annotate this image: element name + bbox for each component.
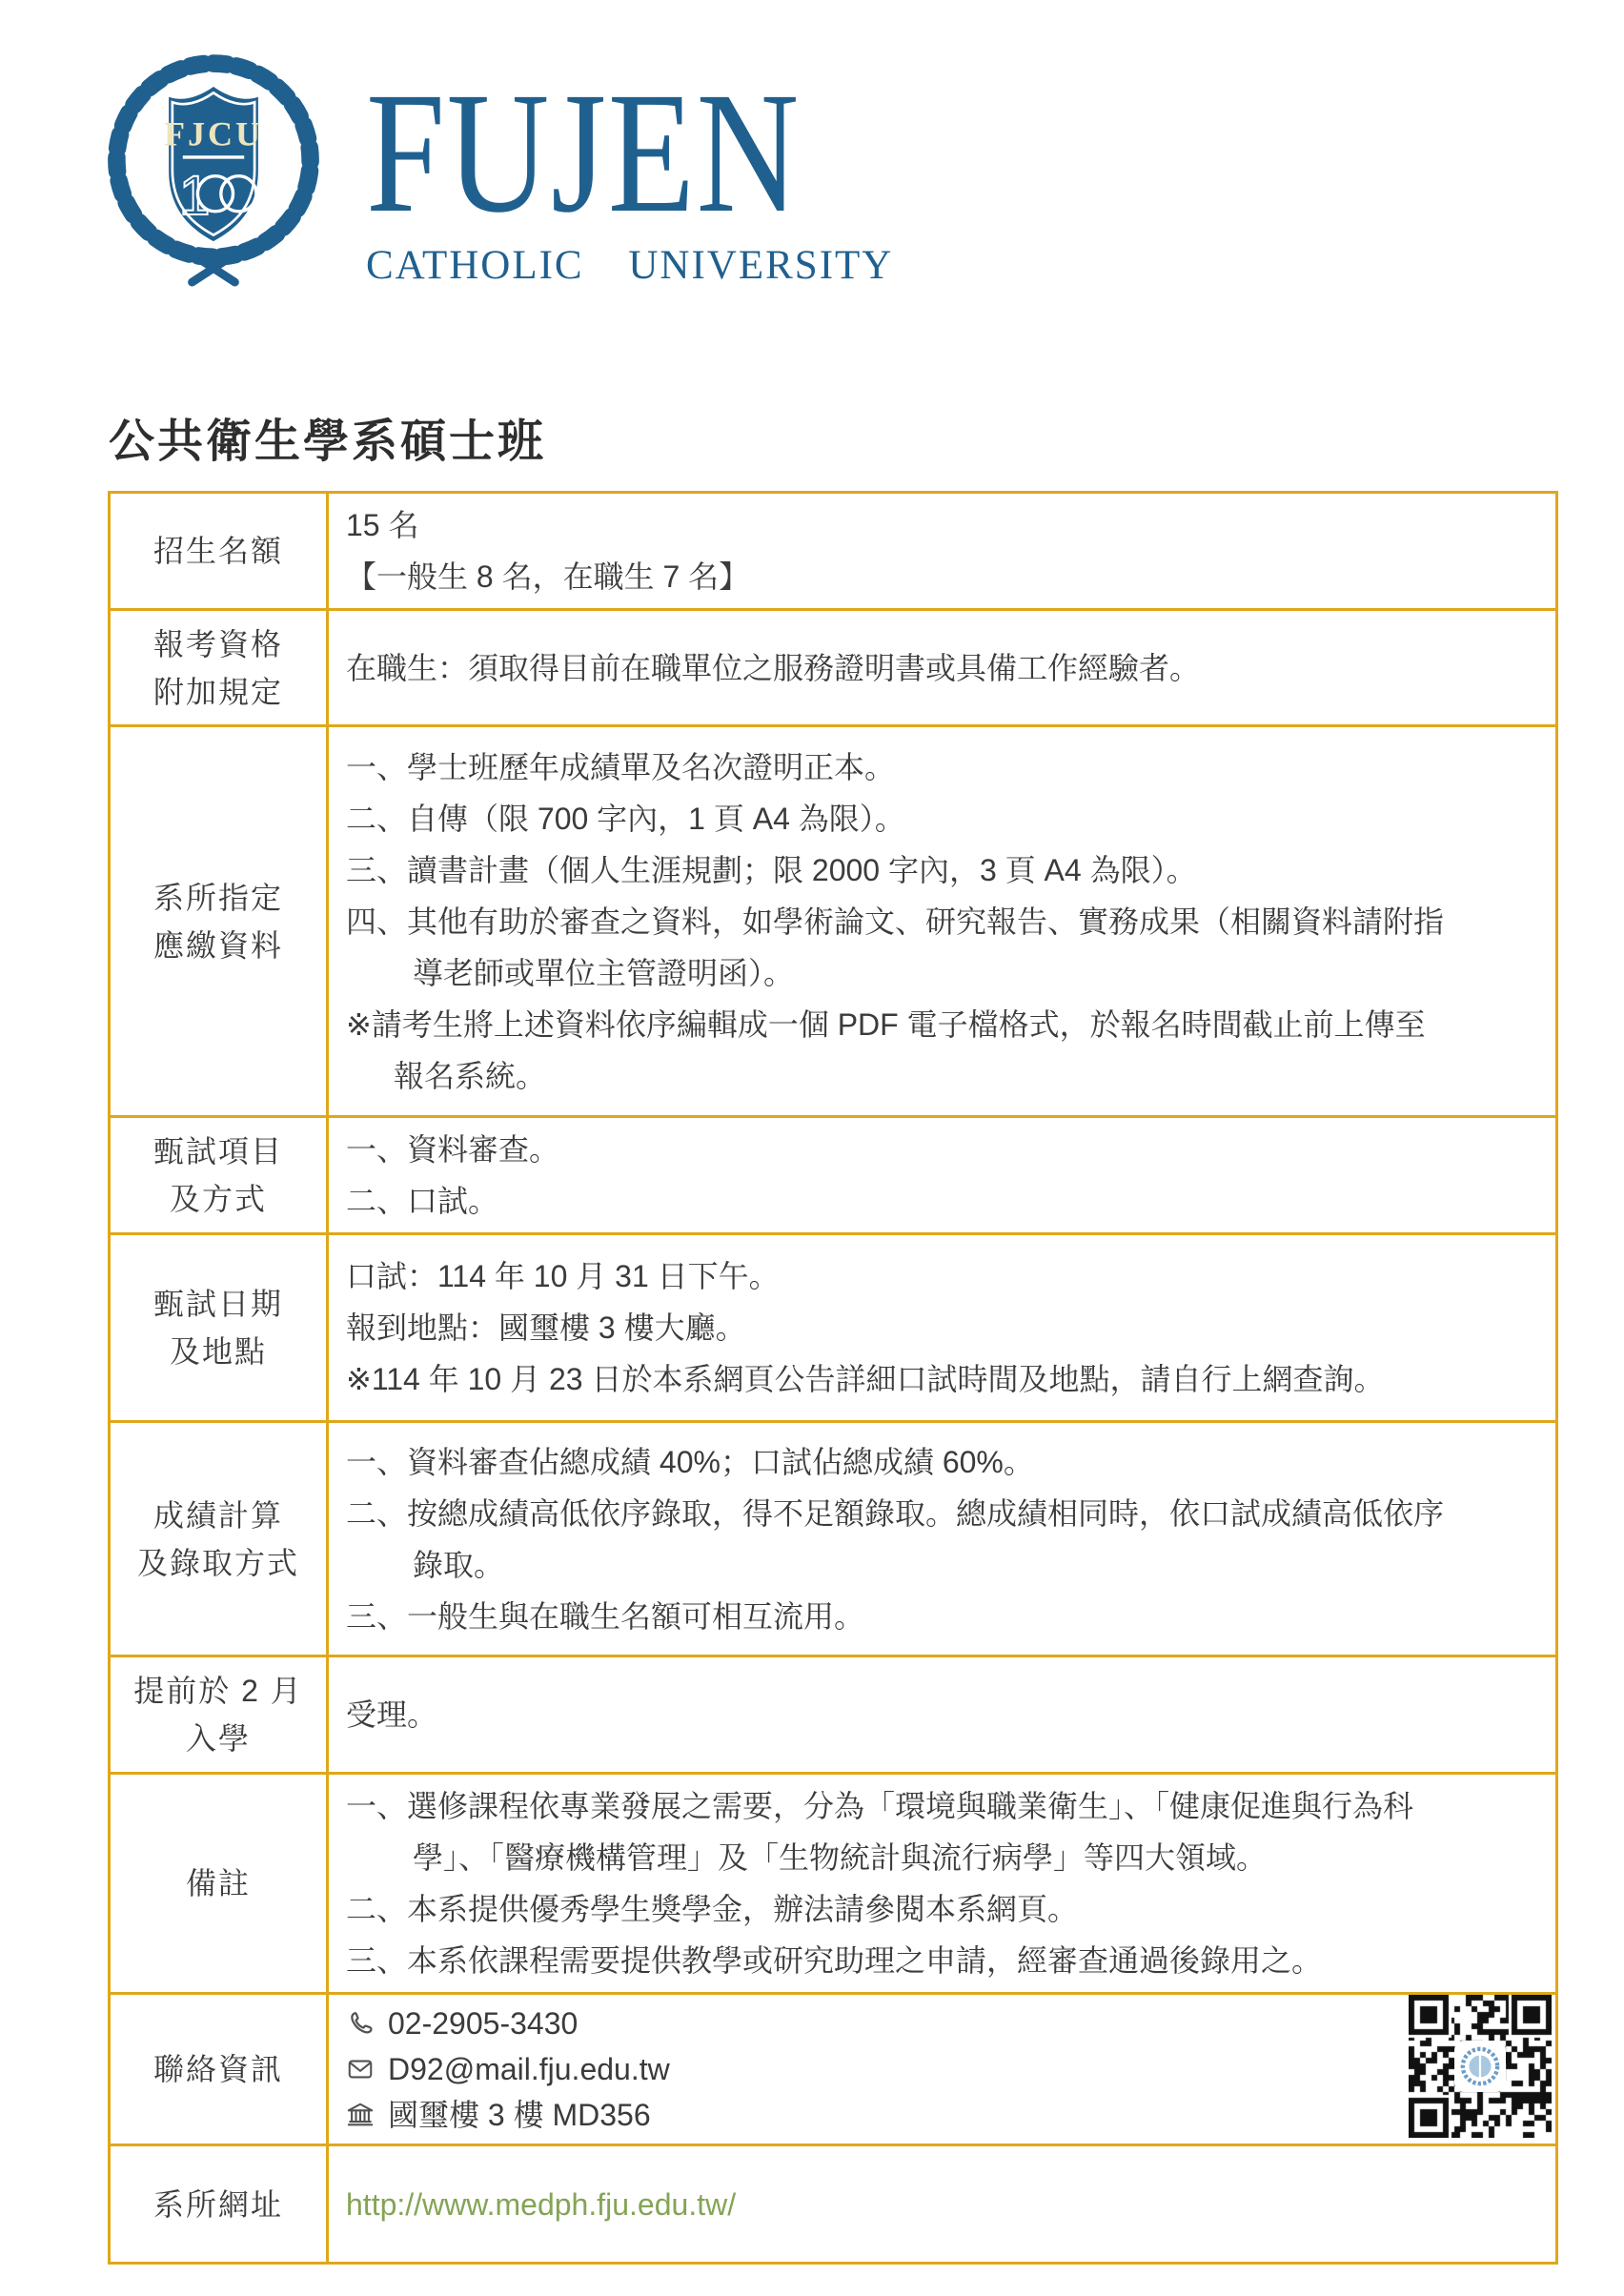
row-header-line: 招生名額 <box>153 527 283 575</box>
qr-center-logo-icon <box>1454 2041 1506 2092</box>
row-header-line: 甄試日期 <box>153 1280 283 1328</box>
email-icon <box>346 2055 375 2083</box>
content-line: 三、一般生與在職生名額可相互流用。 <box>346 1591 1534 1642</box>
info-table: 招生名額 15 名【一般生 8 名，在職生 7 名】 報考資格附加規定 在職生：… <box>108 491 1558 2265</box>
row-header: 招生名額 <box>111 494 329 608</box>
row-header-line: 及方式 <box>170 1175 267 1223</box>
content-line: 一、資料審查佔總成績 40%；口試佔總成績 60%。 <box>346 1436 1534 1488</box>
content-line: 二、按總成績高低依序錄取，得不足額錄取。總成績相同時，依口試成績高低依序 <box>346 1488 1534 1539</box>
department-website-link[interactable]: http://www.medph.fju.edu.tw/ <box>346 2179 1534 2230</box>
table-row: 報考資格附加規定 在職生：須取得目前在職單位之服務證明書或具備工作經驗者。 <box>111 608 1555 724</box>
row-content: 一、資料審查佔總成績 40%；口試佔總成績 60%。二、按總成績高低依序錄取，得… <box>329 1423 1555 1655</box>
table-row: 甄試日期及地點 口試：114 年 10 月 31 日下午。報到地點：國璽樓 3 … <box>111 1232 1555 1420</box>
svg-text:FJCU: FJCU <box>164 114 263 152</box>
row-header-line: 報考資格 <box>153 620 283 668</box>
row-content: 一、選修課程依專業發展之需要，分為「環境與職業衛生」、「健康促進與行為科學」、「… <box>329 1775 1555 1992</box>
content-line: ※114 年 10 月 23 日於本系網頁公告詳細口試時間及地點，請自行上網查詢… <box>346 1353 1534 1405</box>
table-row: 聯絡資訊 02-2905-3430 D92@mail.fju.edu.tw 國璽… <box>111 1992 1555 2144</box>
content-line: 【一般生 8 名，在職生 7 名】 <box>346 551 1534 602</box>
row-header-line: 提前於 2 月 <box>133 1667 303 1715</box>
row-header: 提前於 2 月入學 <box>111 1657 329 1772</box>
table-row: 成績計算及錄取方式 一、資料審查佔總成績 40%；口試佔總成績 60%。二、按總… <box>111 1420 1555 1655</box>
content-line: 報到地點：國璽樓 3 樓大廳。 <box>346 1302 1534 1353</box>
content-line: 二、自傳（限 700 字內，1 頁 A4 為限）。 <box>346 793 1534 844</box>
row-header: 甄試項目及方式 <box>111 1118 329 1232</box>
university-logo: FJCU 1 FUJEN CATHOLIC UNIVERSITY <box>93 40 896 290</box>
table-row: 甄試項目及方式 一、資料審查。二、口試。 <box>111 1115 1555 1232</box>
row-header-line: 聯絡資訊 <box>153 2045 283 2093</box>
university-wordmark: FUJEN <box>366 65 801 242</box>
page-title: 公共衛生學系碩士班 <box>109 404 546 470</box>
row-header: 系所網址 <box>111 2146 329 2262</box>
svg-text:1: 1 <box>179 165 211 227</box>
qr-code[interactable] <box>1409 1995 1552 2138</box>
row-header-line: 系所指定 <box>153 874 283 922</box>
table-row: 系所網址 http://www.medph.fju.edu.tw/ <box>111 2144 1555 2262</box>
content-line: 一、選修課程依專業發展之需要，分為「環境與職業衛生」、「健康促進與行為科 <box>346 1780 1534 1832</box>
row-content: 受理。 <box>329 1657 1555 1772</box>
table-row: 提前於 2 月入學 受理。 <box>111 1655 1555 1772</box>
row-header: 甄試日期及地點 <box>111 1235 329 1420</box>
row-content: 一、資料審查。二、口試。 <box>329 1118 1555 1232</box>
content-line: 15 名 <box>346 499 1534 551</box>
content-line: 一、學士班歷年成績單及名次證明正本。 <box>346 742 1534 793</box>
row-header-line: 入學 <box>186 1715 251 1762</box>
phone-icon <box>346 2009 375 2038</box>
row-header-line: 系所網址 <box>153 2181 283 2228</box>
content-line: 學」、「醫療機構管理」及「生物統計與流行病學」等四大領域。 <box>346 1832 1534 1883</box>
content-line: 四、其他有助於審查之資料，如學術論文、研究報告、實務成果（相關資料請附指 <box>346 896 1534 947</box>
contact-email[interactable]: D92@mail.fju.edu.tw <box>346 2046 1534 2092</box>
location-building-icon <box>346 2101 375 2129</box>
row-header: 報考資格附加規定 <box>111 611 329 724</box>
university-crest-icon: FJCU 1 <box>93 40 334 290</box>
row-header-line: 甄試項目 <box>153 1128 283 1175</box>
row-header: 聯絡資訊 <box>111 1995 329 2144</box>
contact-text: 國璽樓 3 樓 MD356 <box>388 2092 651 2138</box>
row-header-line: 備註 <box>186 1859 251 1907</box>
content-line: 口試：114 年 10 月 31 日下午。 <box>346 1250 1534 1302</box>
content-line: 在職生：須取得目前在職單位之服務證明書或具備工作經驗者。 <box>346 642 1534 694</box>
row-content: 一、學士班歷年成績單及名次證明正本。二、自傳（限 700 字內，1 頁 A4 為… <box>329 727 1555 1115</box>
row-header-line: 應繳資料 <box>153 922 283 969</box>
row-content: 口試：114 年 10 月 31 日下午。報到地點：國璽樓 3 樓大廳。※114… <box>329 1235 1555 1420</box>
content-line: 導老師或單位主管證明函）。 <box>346 947 1534 999</box>
content-line: 錄取。 <box>346 1539 1534 1591</box>
contact-text: 02-2905-3430 <box>388 2001 578 2046</box>
row-header-line: 及地點 <box>170 1328 267 1375</box>
table-row: 系所指定應繳資料 一、學士班歷年成績單及名次證明正本。二、自傳（限 700 字內… <box>111 724 1555 1115</box>
content-line: 三、讀書計畫（個人生涯規劃；限 2000 字內，3 頁 A4 為限）。 <box>346 844 1534 896</box>
table-row: 招生名額 15 名【一般生 8 名，在職生 7 名】 <box>111 494 1555 608</box>
row-content: http://www.medph.fju.edu.tw/ <box>329 2146 1555 2262</box>
university-wordmark-block: FUJEN CATHOLIC UNIVERSITY <box>366 65 896 289</box>
content-line: 一、資料審查。 <box>346 1124 1534 1175</box>
table-row: 備註 一、選修課程依專業發展之需要，分為「環境與職業衛生」、「健康促進與行為科學… <box>111 1772 1555 1992</box>
content-line: 二、口試。 <box>346 1175 1534 1227</box>
contact-location: 國璽樓 3 樓 MD356 <box>346 2092 1534 2138</box>
row-header: 備註 <box>111 1775 329 1992</box>
document-page: FJCU 1 FUJEN CATHOLIC UNIVERSITY 公共衛生學系碩… <box>0 0 1624 2296</box>
row-content: 在職生：須取得目前在職單位之服務證明書或具備工作經驗者。 <box>329 611 1555 724</box>
content-line: ※請考生將上述資料依序編輯成一個 PDF 電子檔格式，於報名時間截止前上傳至 <box>346 999 1534 1050</box>
row-header-line: 成績計算 <box>153 1492 283 1539</box>
row-content: 15 名【一般生 8 名，在職生 7 名】 <box>329 494 1555 608</box>
content-line: 二、本系提供優秀學生獎學金，辦法請參閱本系網頁。 <box>346 1883 1534 1935</box>
content-line: 受理。 <box>346 1689 1534 1740</box>
contact-phone: 02-2905-3430 <box>346 2001 1534 2046</box>
content-line: 報名系統。 <box>346 1050 1534 1102</box>
row-header: 成績計算及錄取方式 <box>111 1423 329 1655</box>
row-header: 系所指定應繳資料 <box>111 727 329 1115</box>
row-content: 02-2905-3430 D92@mail.fju.edu.tw 國璽樓 3 樓… <box>329 1995 1555 2144</box>
row-header-line: 及錄取方式 <box>137 1539 299 1587</box>
row-header-line: 附加規定 <box>153 668 283 716</box>
content-line: 三、本系依課程需要提供教學或研究助理之申請，經審查通過後錄用之。 <box>346 1935 1534 1986</box>
contact-text: D92@mail.fju.edu.tw <box>388 2046 670 2092</box>
